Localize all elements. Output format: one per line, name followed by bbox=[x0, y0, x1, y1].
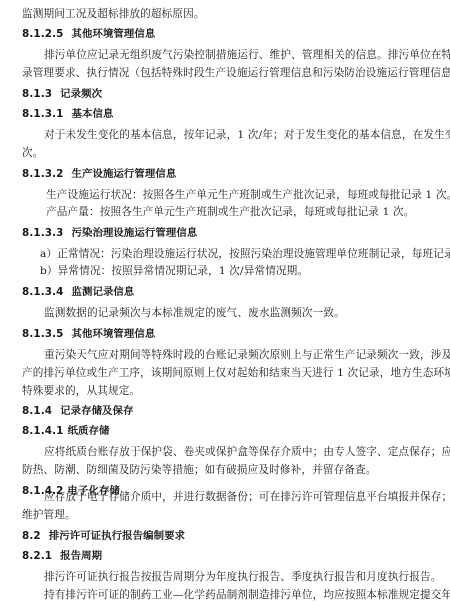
section-heading-8-1-4-1: 8.1.4.1纸质存储 bbox=[22, 425, 109, 438]
section-title: 记录存储及保存 bbox=[60, 405, 133, 417]
paragraph-line: 排污单位应记录无组织废气污染控制措施运行、维护、管理相关的信息。排污单位在特殊时… bbox=[44, 49, 450, 62]
paragraph-line: 特殊要求的，从其规定。 bbox=[22, 385, 140, 398]
section-number: 8.1.3.1 bbox=[22, 108, 63, 121]
paragraph-line: 监测数据的记录频次与本标准规定的废气、废水监测频次一致。 bbox=[44, 307, 345, 320]
section-title: 报告周期 bbox=[60, 550, 102, 562]
section-heading-8-1-3-4: 8.1.3.4监测记录信息 bbox=[22, 286, 134, 299]
paragraph-line: 防热、防潮、防细菌及防污染等措施；如有破损应及时修补，并留存备查。 bbox=[22, 464, 377, 477]
section-title: 生产设施运行管理信息 bbox=[71, 168, 176, 180]
section-title: 记录频次 bbox=[60, 88, 102, 100]
section-number: 8.2 bbox=[22, 530, 41, 543]
paragraph-line: 应将纸质台账存放于保护袋、卷夹或保护盒等保存介质中；由专人签字、定点保存；应采取… bbox=[44, 446, 450, 459]
section-title: 基本信息 bbox=[71, 108, 113, 120]
paragraph-line: 维护管理。 bbox=[22, 509, 76, 522]
section-number: 8.1.3.5 bbox=[22, 328, 63, 341]
section-number: 8.1.4 bbox=[22, 405, 52, 418]
list-item-b: b）异常情况：按照异常情况期记录，1 次/异常情况期。 bbox=[40, 265, 308, 278]
list-item-a: a）正常情况：污染治理设施运行状况，按照污染治理设施管理单位班制记录，每班记录 … bbox=[40, 248, 450, 261]
section-heading-8-2: 8.2排污许可证执行报告编制要求 bbox=[22, 530, 185, 543]
section-number: 8.1.3.2 bbox=[22, 168, 63, 181]
paragraph-line: 重污染天气应对期间等特殊时段的台账记录频次原则上与正常生产记录频次一致，涉及特殊… bbox=[44, 349, 450, 362]
paragraph-line: 录管理要求、执行情况（包括特殊时段生产设施运行管理信息和污染防治设施运行管理信息… bbox=[22, 67, 450, 80]
section-title: 其他环境管理信息 bbox=[71, 328, 155, 340]
paragraph-line: 对于未发生变化的基本信息，按年记录，1 次/年；对于发生变化的基本信息，在发生变… bbox=[44, 129, 450, 142]
section-number: 8.1.3.4 bbox=[22, 286, 63, 299]
paragraph-line: 应存放于电子存储介质中，并进行数据备份；可在排污许可管理信息平台填报并保存；由专… bbox=[44, 491, 450, 504]
section-number: 8.2.1 bbox=[22, 550, 52, 563]
section-number: 8.1.4.1 bbox=[22, 425, 63, 438]
section-heading-8-1-2-5: 8.1.2.5其他环境管理信息 bbox=[22, 28, 155, 41]
section-title: 纸质存储 bbox=[67, 425, 109, 437]
section-heading-8-1-3-1: 8.1.3.1基本信息 bbox=[22, 108, 113, 121]
paragraph-line: 产品产量：按照各生产单元生产班制或生产批次记录，每班或每批记录 1 次。 bbox=[46, 206, 414, 219]
section-title: 监测记录信息 bbox=[71, 286, 134, 298]
paragraph-line: 持有排污许可证的制药工业—化学药品制剂制造排污单位，均应按照本标准规定提交年度执… bbox=[44, 589, 450, 602]
paragraph-line: 生产设施运行状况：按照各生产单元生产班制或生产批次记录，每班或每批记录 1 次。 bbox=[46, 189, 450, 202]
section-heading-8-1-3-3: 8.1.3.3污染治理设施运行管理信息 bbox=[22, 227, 197, 240]
paragraph-line: 次。 bbox=[22, 147, 44, 160]
section-number: 8.1.3.3 bbox=[22, 227, 63, 240]
section-title: 其他环境管理信息 bbox=[71, 28, 155, 40]
section-title: 污染治理设施运行管理信息 bbox=[71, 227, 197, 239]
paragraph-line: 监测期间工况及超标排放的超标原因。 bbox=[22, 8, 205, 21]
section-heading-8-1-3: 8.1.3记录频次 bbox=[22, 88, 102, 101]
paragraph-line: 产的排污单位或生产工序，该期间原则上仅对起始和结束当天进行 1 次记录，地方生态… bbox=[22, 367, 450, 380]
section-title: 排污许可证执行报告编制要求 bbox=[49, 530, 185, 542]
paragraph-line: 排污许可证执行报告按报告周期分为年度执行报告、季度执行报告和月度执行报告。 bbox=[44, 571, 442, 584]
section-number: 8.1.3 bbox=[22, 88, 52, 101]
section-heading-8-1-3-5: 8.1.3.5其他环境管理信息 bbox=[22, 328, 155, 341]
section-number: 8.1.2.5 bbox=[22, 28, 63, 41]
section-heading-8-1-3-2: 8.1.3.2生产设施运行管理信息 bbox=[22, 168, 176, 181]
section-heading-8-2-1: 8.2.1报告周期 bbox=[22, 550, 102, 563]
section-heading-8-1-4: 8.1.4记录存储及保存 bbox=[22, 405, 134, 418]
